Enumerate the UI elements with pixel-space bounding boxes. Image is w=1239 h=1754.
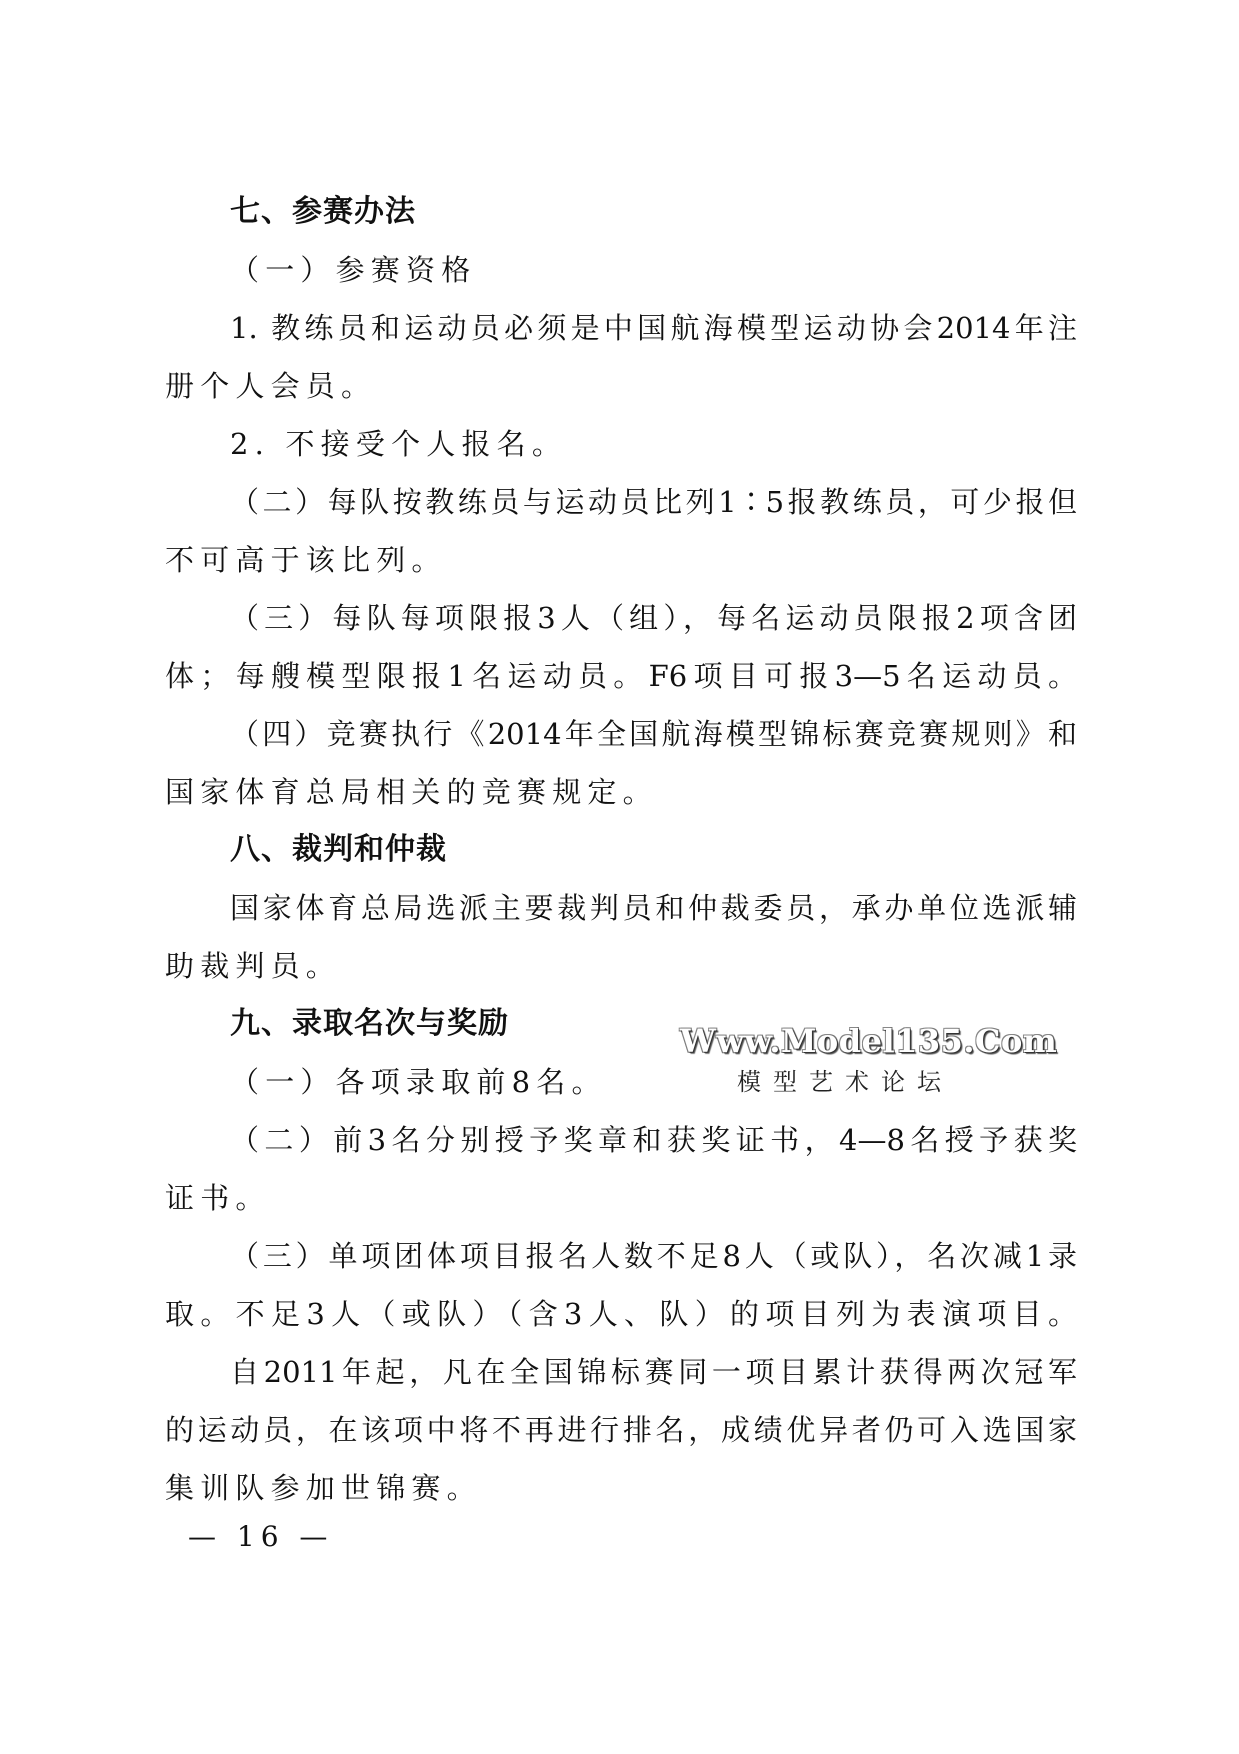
paragraph-text: 国家体育总局相关的竞赛规定。 — [165, 772, 1077, 812]
paragraph-text: 自2011年起，凡在全国锦标赛同一项目累计获得两次冠军 — [230, 1352, 1077, 1392]
paragraph-text: （二）前3名分别授予奖章和获奖证书，4—8名授予获奖 — [230, 1120, 1077, 1160]
paragraph-text: 体；每艘模型限报1名运动员。F6项目可报3—5名运动员。 — [165, 656, 1077, 696]
paragraph-text: 册个人会员。 — [165, 366, 1077, 406]
paragraph-text: 2. 不接受个人报名。 — [230, 424, 1077, 464]
paragraph-text: 助裁判员。 — [165, 946, 1077, 986]
paragraph-text: 国家体育总局选派主要裁判员和仲裁委员，承办单位选派辅 — [230, 888, 1077, 928]
subsection-eligibility: （一）参赛资格 — [230, 250, 1077, 290]
paragraph-text: 集训队参加世锦赛。 — [165, 1468, 1077, 1508]
paragraph-text: 证书。 — [165, 1178, 1077, 1218]
paragraph-text: 的运动员，在该项中将不再进行排名，成绩优异者仍可入选国家 — [165, 1410, 1077, 1450]
paragraph-text: （四）竞赛执行《2014年全国航海模型锦标赛竞赛规则》和 — [230, 714, 1077, 754]
watermark-caption: 模型艺术论坛 — [680, 1062, 1010, 1097]
paragraph-text: （三）单项团体项目报名人数不足8人（或队），名次减1录 — [230, 1236, 1077, 1276]
paragraph-text: （三）每队每项限报3人（组），每名运动员限报2项含团 — [230, 598, 1077, 638]
paragraph-text: 不可高于该比列。 — [165, 540, 1077, 580]
paragraph-text: （二）每队按教练员与运动员比列1∶5报教练员，可少报但 — [230, 482, 1077, 522]
paragraph-text: 1. 教练员和运动员必须是中国航海模型运动协会2014年注 — [230, 308, 1077, 348]
watermark-url: Www.Model135.Com — [680, 1022, 1010, 1060]
watermark: Www.Model135.Com 模型艺术论坛 — [680, 1022, 1010, 1097]
paragraph-text: 取。不足3人（或队）（含3人、队）的项目列为表演项目。 — [165, 1294, 1077, 1334]
section-heading-participation: 七、参赛办法 — [230, 192, 1077, 232]
page-number: — 16 — — [188, 1520, 333, 1553]
section-heading-referees: 八、裁判和仲裁 — [230, 830, 1077, 870]
